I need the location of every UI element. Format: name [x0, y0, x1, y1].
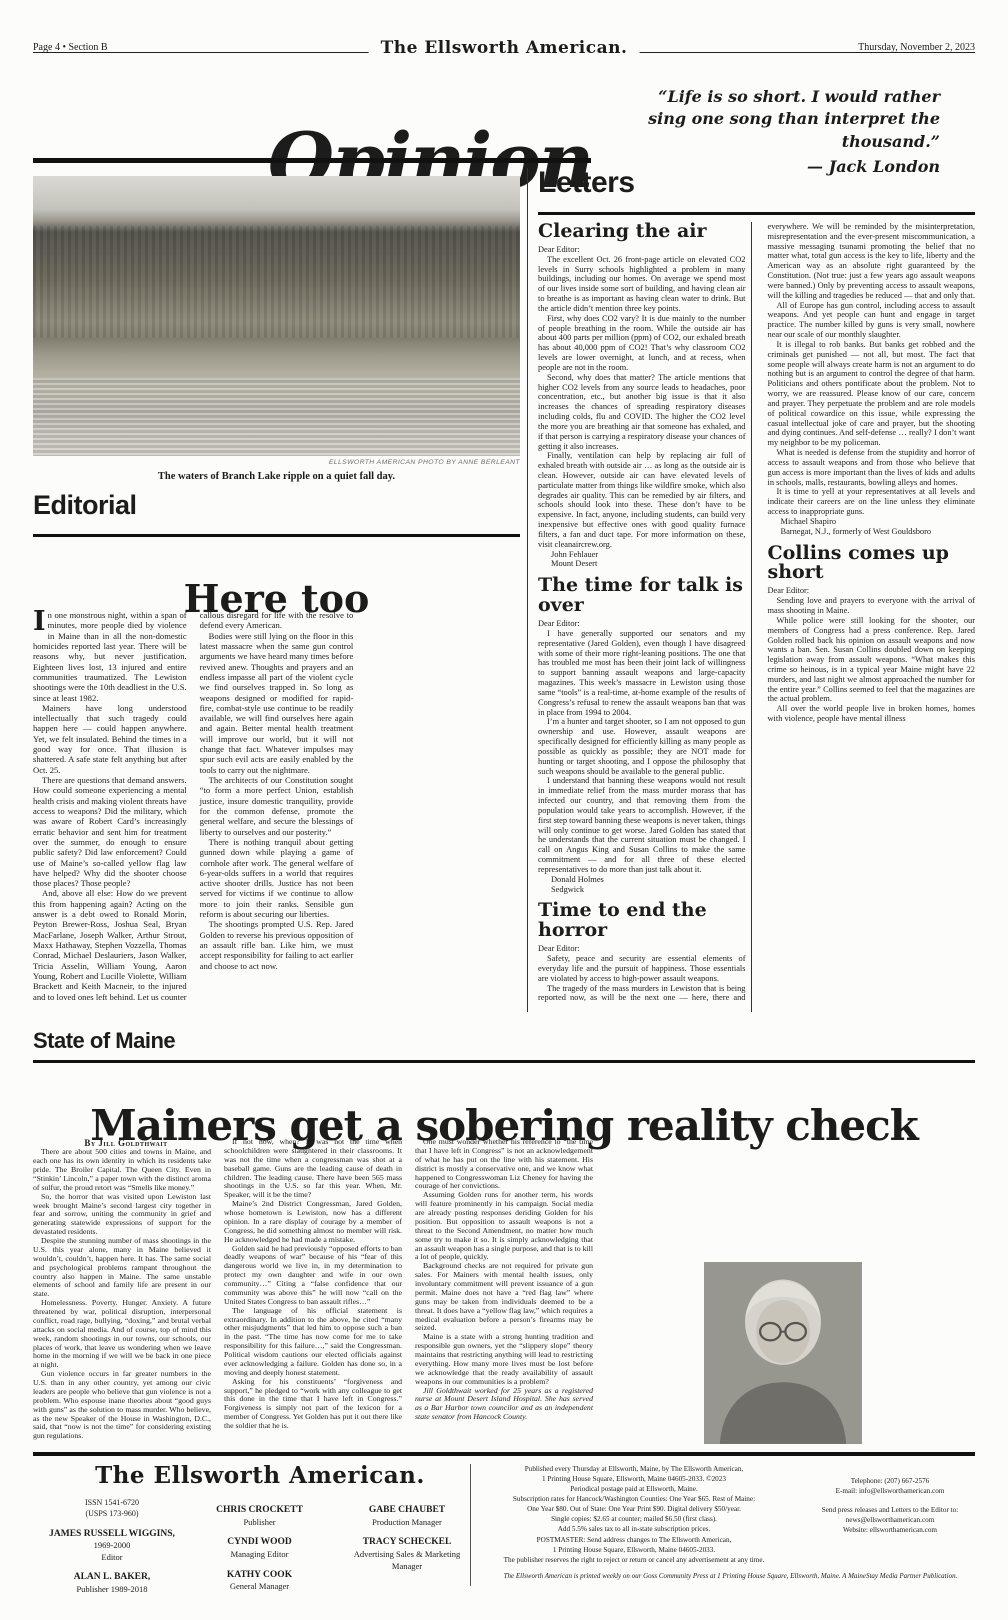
- page-header: Page 4 • Section B The Ellsworth America…: [33, 30, 975, 60]
- letter-salutation: Dear Editor:: [768, 586, 976, 596]
- footer-staff-column-2: GABE CHAUBET Production Manager TRACY SC…: [342, 1504, 472, 1572]
- quote-attribution: — Jack London: [640, 156, 940, 178]
- letter-title: Time to end the horror: [538, 901, 746, 941]
- letter-salutation: Dear Editor:: [538, 245, 746, 255]
- staff-name: TRACY SCHECKEL: [342, 1536, 472, 1549]
- contact-info: Telephone: (207) 667-2576E-mail: info@el…: [804, 1476, 976, 1535]
- footer-legacy-column: ISSN 1541-6720 (USPS 173-960) JAMES RUSS…: [42, 1498, 182, 1596]
- letter-salutation: Dear Editor:: [538, 944, 746, 954]
- jill-goldthwait-photo: [704, 1262, 862, 1444]
- footer-staff-column-1: CHRIS CROCKETT Publisher CYNDI WOOD Mana…: [192, 1504, 327, 1593]
- letter-title: Clearing the air: [538, 222, 746, 242]
- footer-divider-bar: [33, 1452, 975, 1456]
- letter-title: The time for talk is over: [538, 576, 746, 616]
- masthead-divider-bar: [33, 158, 591, 163]
- staff-role: General Manager: [192, 1581, 327, 1592]
- issn: ISSN 1541-6720: [42, 1498, 182, 1509]
- editorial-section-label: Editorial: [33, 490, 137, 521]
- column-divider: [527, 168, 528, 1012]
- staff-role: Advertising Sales & Marketing Manager: [342, 1549, 472, 1572]
- staff-role: Publisher: [192, 1517, 327, 1528]
- editorial-body: In one monstrous night, within a span of…: [33, 610, 520, 1012]
- issue-date: Thursday, November 2, 2023: [858, 42, 975, 53]
- newspaper-page: Page 4 • Section B The Ellsworth America…: [0, 0, 1008, 1620]
- opinion-quote: “Life is so short. I would rather sing o…: [640, 86, 940, 179]
- photo-credit: ELLSWORTH AMERICAN PHOTO BY ANNE BERLEAN…: [329, 459, 520, 466]
- photo-hill-texture: [33, 226, 520, 338]
- staff-role: Managing Editor: [192, 1549, 327, 1560]
- letters-body: Clearing the air Dear Editor: The excell…: [538, 222, 975, 1012]
- legacy-publisher-name: ALAN L. BAKER,: [42, 1571, 182, 1584]
- printer-note: The Ellsworth American is printed weekly…: [486, 1572, 975, 1580]
- legacy-editor-years: 1969-2000: [42, 1540, 182, 1551]
- headshot-illustration: [704, 1262, 862, 1444]
- staff-name: CYNDI WOOD: [192, 1536, 327, 1549]
- state-of-maine-rule: [33, 1060, 975, 1063]
- legacy-publisher-role: Publisher 1989-2018: [42, 1584, 182, 1595]
- newspaper-nameplate: The Ellsworth American.: [369, 38, 640, 58]
- staff-name: CHRIS CROCKETT: [192, 1504, 327, 1517]
- staff-role: Production Manager: [342, 1517, 472, 1528]
- author-bio: Jill Goldthwait worked for 25 years as a…: [415, 1387, 593, 1423]
- editorial-rule: [33, 534, 520, 537]
- letters-rule: [538, 212, 975, 215]
- publication-info: Published every Thursday at Ellsworth, M…: [486, 1464, 782, 1565]
- footer-nameplate: The Ellsworth American.: [95, 1462, 425, 1489]
- page-section-info: Page 4 • Section B: [33, 42, 108, 53]
- footer-column-divider: [470, 1464, 471, 1586]
- photo-water-texture: [33, 378, 520, 456]
- branch-lake-photo: [33, 176, 520, 456]
- photo-caption: The waters of Branch Lake ripple on a qu…: [33, 471, 520, 482]
- staff-name: GABE CHAUBET: [342, 1504, 472, 1517]
- letters-section-label: Letters: [538, 166, 635, 200]
- letter-salutation: Dear Editor:: [538, 619, 746, 629]
- staff-name: KATHY COOK: [192, 1569, 327, 1582]
- letter-title: Collins comes up short: [768, 544, 976, 584]
- quote-text: “Life is so short. I would rather sing o…: [640, 86, 940, 153]
- state-of-maine-section-label: State of Maine: [33, 1028, 175, 1054]
- usps: (USPS 173-960): [42, 1509, 182, 1520]
- legacy-editor-name: JAMES RUSSELL WIGGINS,: [42, 1528, 182, 1541]
- legacy-editor-role: Editor: [42, 1552, 182, 1563]
